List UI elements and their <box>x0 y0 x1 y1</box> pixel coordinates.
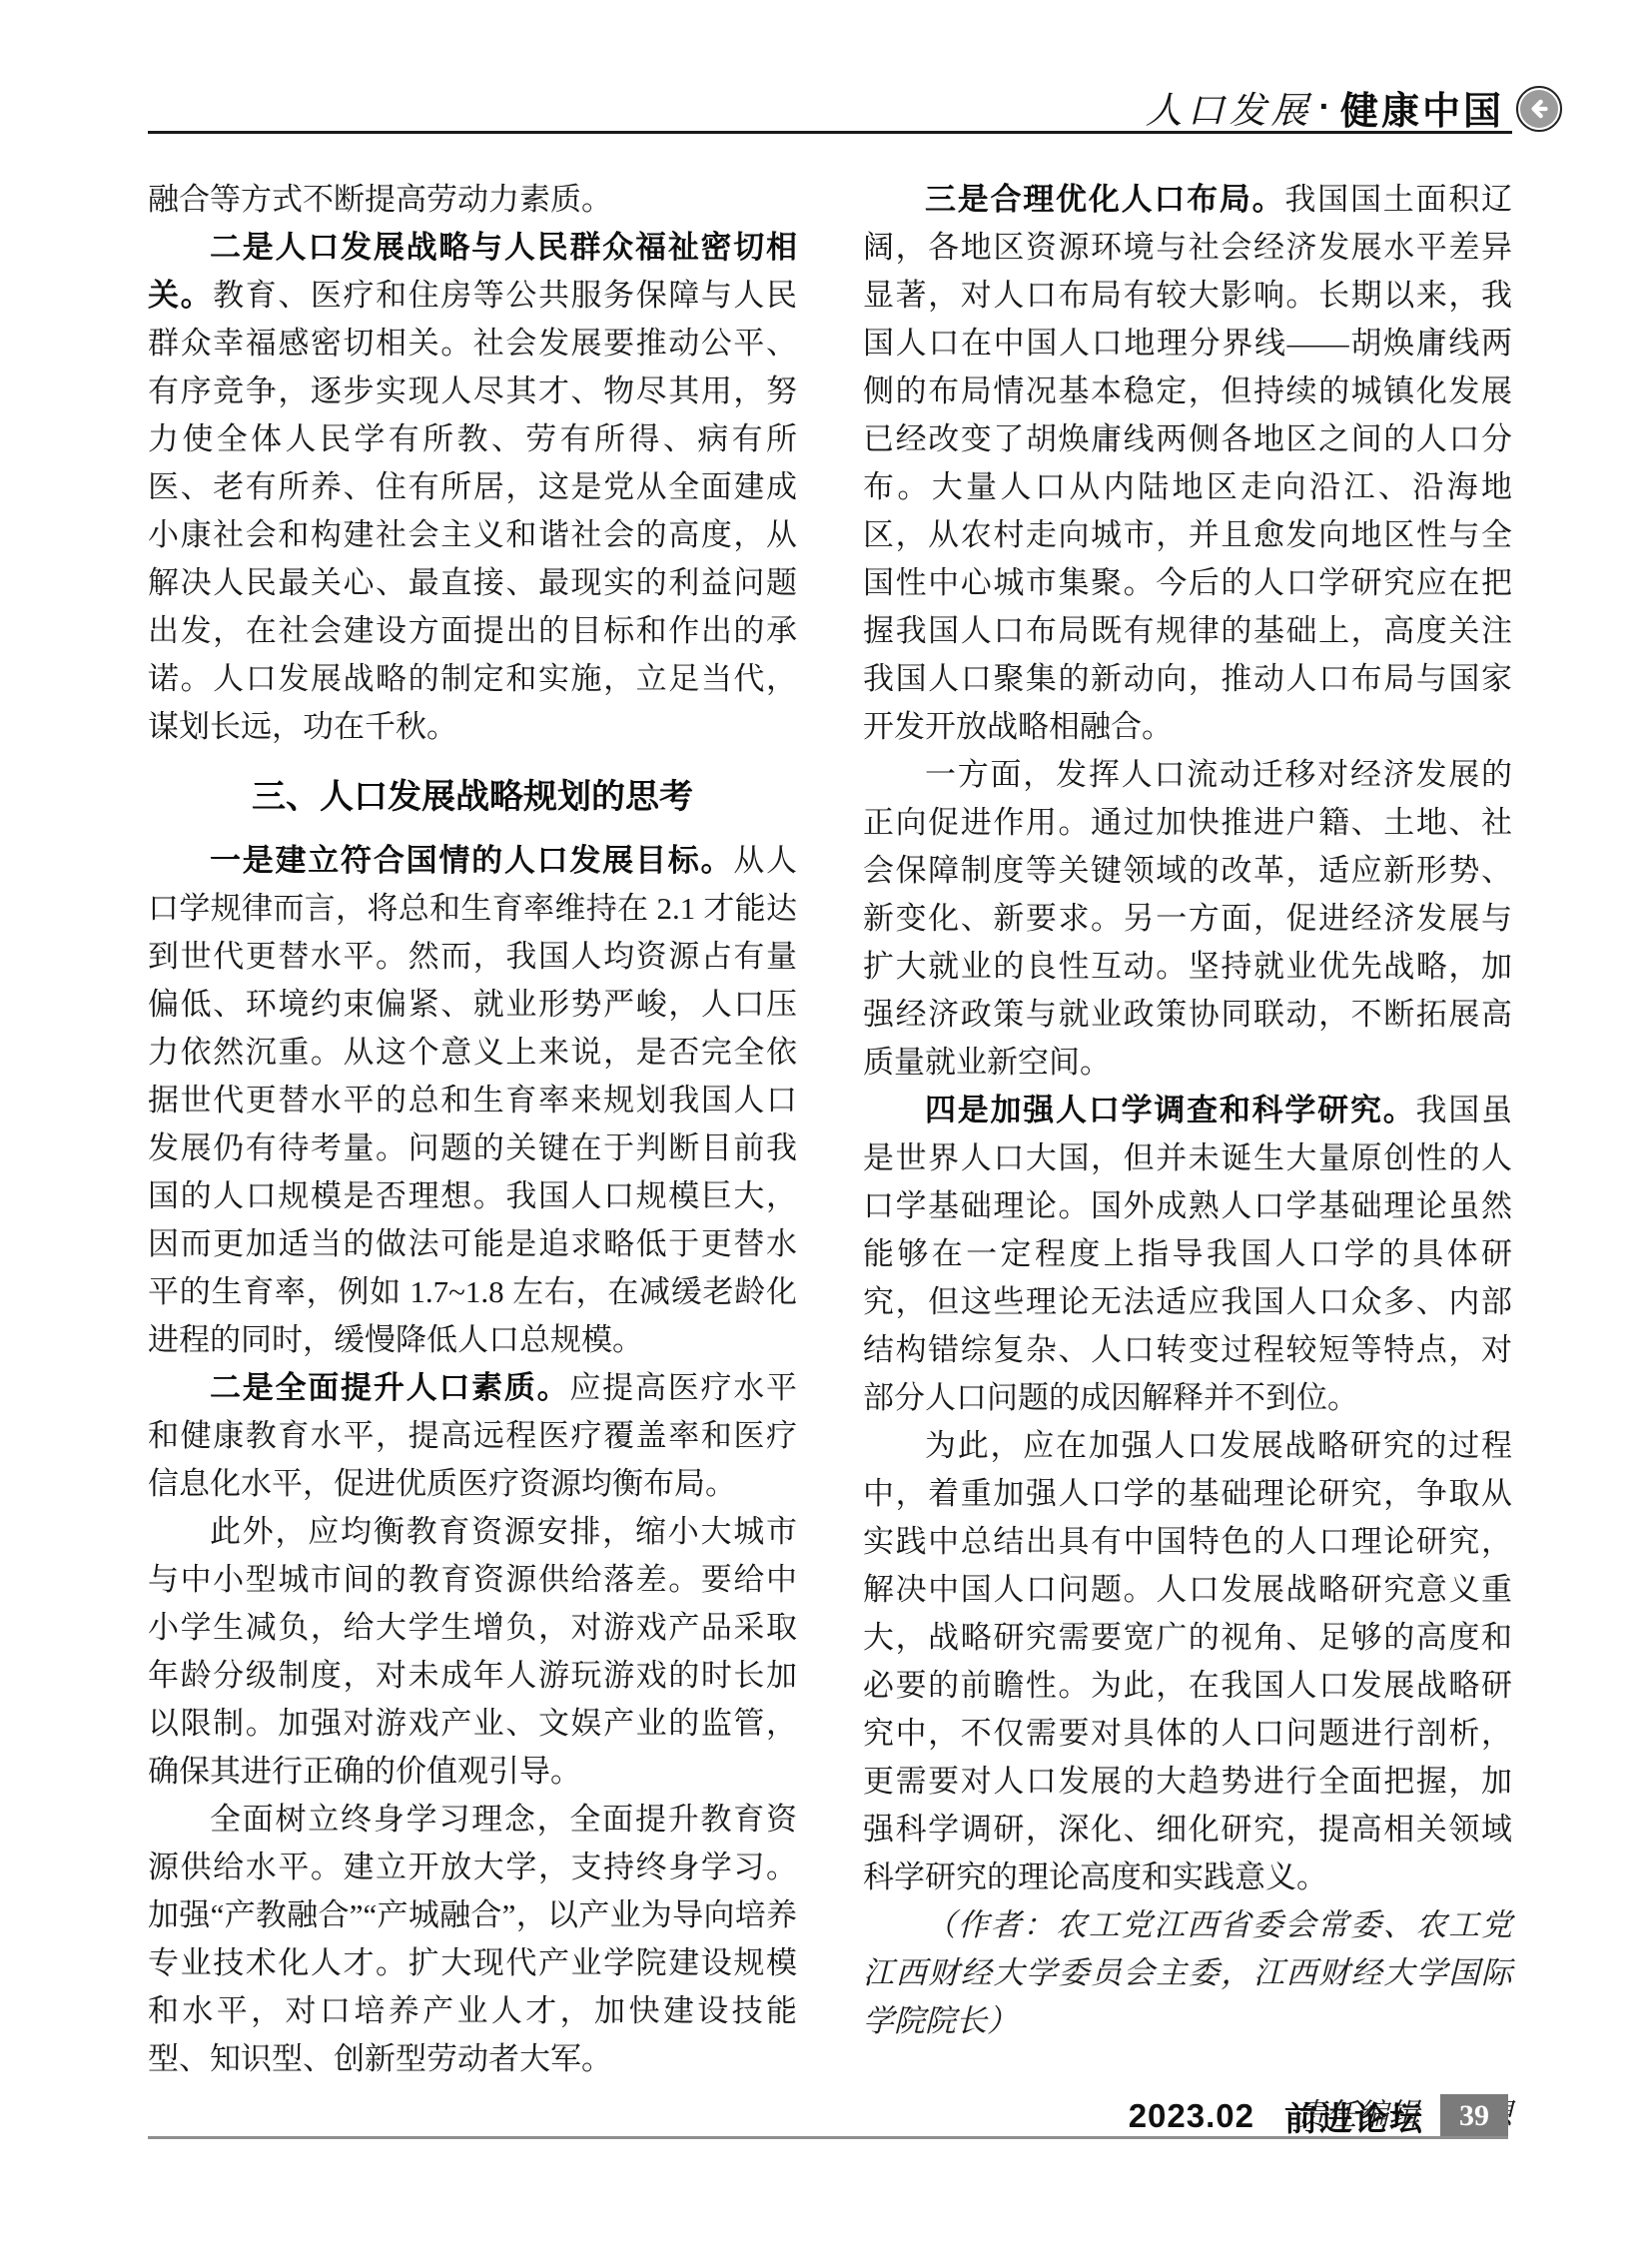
paragraph-lead: 四是加强人口学调查和科学研究。 <box>925 1093 1415 1127</box>
paragraph-text: 我国国土面积辽阔，各地区资源环境与社会经济发展水平差异显著，对人口布局有较大影响… <box>863 182 1512 744</box>
circle-back-arrow-icon <box>1520 90 1558 128</box>
footer-journal-name: 前进论坛 <box>1284 2093 1424 2140</box>
paragraph: 全面树立终身学习理念，全面提升教育资源供给水平。建立开放大学，支持终身学习。加强… <box>148 1796 797 2083</box>
page-header: 人口发展 · 健康中国 <box>148 84 1504 130</box>
author-note-text: （作者：农工党江西省委会常委、农工党江西财经大学委员会主委，江西财经大学国际学院… <box>863 1907 1512 2038</box>
page-footer: 2023.02 前进论坛 39 <box>148 2094 1508 2138</box>
paragraph-text: 为此，应在加强人口发展战略研究的过程中，着重加强人口学的基础理论研究，争取从实践… <box>863 1428 1512 1894</box>
section-heading: 三、人口发展战略规划的思考 <box>148 773 797 821</box>
paragraph: 四是加强人口学调查和科学研究。我国虽是世界人口大国，但并未诞生大量原创性的人口学… <box>863 1087 1512 1422</box>
right-column: 三是合理优化人口布局。我国国土面积辽阔，各地区资源环境与社会经济发展水平差异显著… <box>863 176 1512 2139</box>
back-arrow-button[interactable] <box>1516 86 1562 132</box>
paragraph-lead: 一是建立符合国情的人口发展目标。 <box>210 843 733 878</box>
paragraph-lead: 三是合理优化人口布局。 <box>925 182 1284 217</box>
header-section-title-light: 人口发展 <box>1146 80 1313 134</box>
paragraph-text: 教育、医疗和住房等公共服务保障与人民群众幸福感密切相关。社会发展要推动公平、有序… <box>148 278 797 744</box>
left-arrow-glyph <box>1526 96 1552 122</box>
paragraph: 为此，应在加强人口发展战略研究的过程中，着重加强人口学的基础理论研究，争取从实践… <box>863 1422 1512 1901</box>
page-number: 39 <box>1459 2099 1489 2133</box>
header-separator-dot: · <box>1319 88 1330 127</box>
paragraph-text: 从人口学规律而言，将总和生育率维持在 2.1 才能达到世代更替水平。然而，我国人… <box>148 843 797 1357</box>
paragraph-text: 全面树立终身学习理念，全面提升教育资源供给水平。建立开放大学，支持终身学习。加强… <box>148 1802 797 2076</box>
footer-issue-date: 2023.02 <box>1129 2097 1254 2135</box>
paragraph-text: 融合等方式不断提高劳动力素质。 <box>148 182 612 217</box>
page-number-box: 39 <box>1440 2094 1508 2138</box>
paragraph: 融合等方式不断提高劳动力素质。 <box>148 176 797 224</box>
paragraph: 一是建立符合国情的人口发展目标。从人口学规律而言，将总和生育率维持在 2.1 才… <box>148 837 797 1364</box>
paragraph-lead: 二是全面提升人口素质。 <box>210 1370 569 1405</box>
paragraph: 二是人口发展战略与人民群众福祉密切相关。教育、医疗和住房等公共服务保障与人民群众… <box>148 224 797 751</box>
author-note: （作者：农工党江西省委会常委、农工党江西财经大学委员会主委，江西财经大学国际学院… <box>863 1901 1512 2045</box>
header-rule <box>148 131 1512 134</box>
paragraph: 一方面，发挥人口流动迁移对经济发展的正向促进作用。通过加快推进户籍、土地、社会保… <box>863 751 1512 1087</box>
paragraph-text: 我国虽是世界人口大国，但并未诞生大量原创性的人口学基础理论。国外成熟人口学基础理… <box>863 1093 1512 1415</box>
left-column: 融合等方式不断提高劳动力素质。 二是人口发展战略与人民群众福祉密切相关。教育、医… <box>148 176 797 2083</box>
paragraph: 三是合理优化人口布局。我国国土面积辽阔，各地区资源环境与社会经济发展水平差异显著… <box>863 176 1512 751</box>
paragraph: 此外，应均衡教育资源安排，缩小大城市与中小型城市间的教育资源供给落差。要给中小学… <box>148 1508 797 1796</box>
footer-rule <box>148 2136 1508 2139</box>
paragraph-text: 一方面，发挥人口流动迁移对经济发展的正向促进作用。通过加快推进户籍、土地、社会保… <box>863 757 1512 1080</box>
paragraph: 二是全面提升人口素质。应提高医疗水平和健康教育水平，提高远程医疗覆盖率和医疗信息… <box>148 1364 797 1508</box>
header-section-title-bold: 健康中国 <box>1340 80 1504 135</box>
magazine-page: 人口发展 · 健康中国 融合等方式不断提高劳动力素质。 二是人口发展战略与人民群… <box>0 0 1652 2241</box>
paragraph-text: 此外，应均衡教育资源安排，缩小大城市与中小型城市间的教育资源供给落差。要给中小学… <box>148 1514 797 1789</box>
